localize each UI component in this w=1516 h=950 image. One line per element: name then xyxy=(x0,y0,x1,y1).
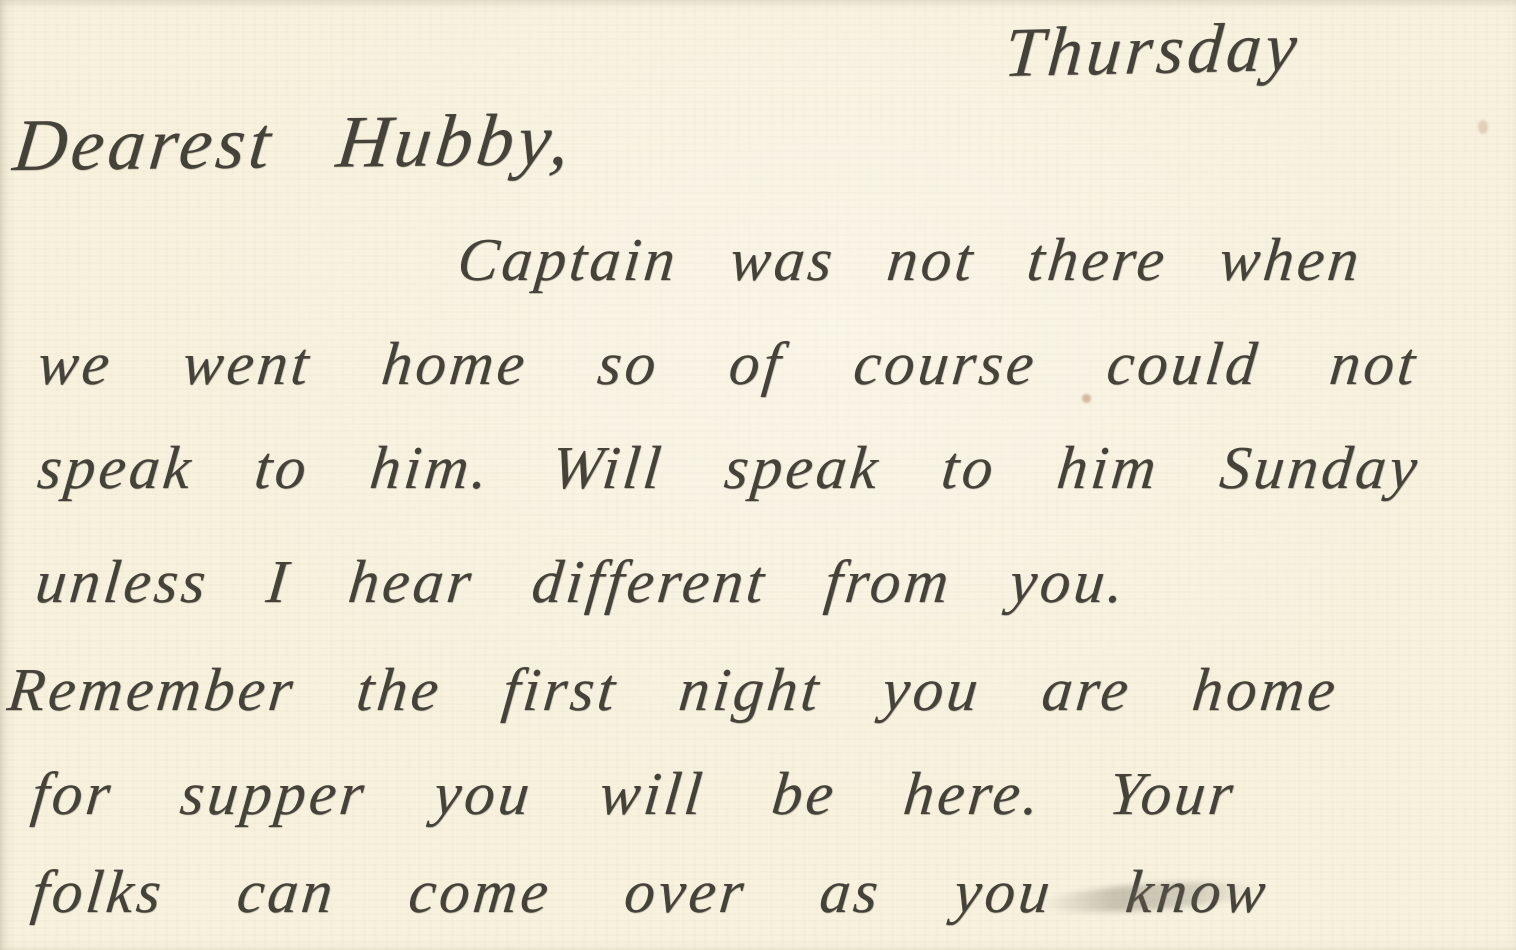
date-line: Thursday xyxy=(1002,8,1304,94)
body-line-6: for supper you will be here. Your xyxy=(28,760,1239,830)
salutation: Dearest Hubby, xyxy=(9,98,578,189)
paper-speck xyxy=(1082,394,1091,403)
paper-speck xyxy=(1478,120,1488,134)
letter-page: Thursday Dearest Hubby, Captain was not … xyxy=(0,0,1516,950)
body-line-1: Captain was not there when xyxy=(454,226,1365,296)
body-line-5: Remember the first night you are home xyxy=(4,656,1342,726)
body-line-2: we went home so of course could not xyxy=(34,330,1421,400)
body-line-3: speak to him. Will speak to him Sunday xyxy=(34,434,1423,504)
body-line-4: unless I hear different from you. xyxy=(32,548,1130,618)
